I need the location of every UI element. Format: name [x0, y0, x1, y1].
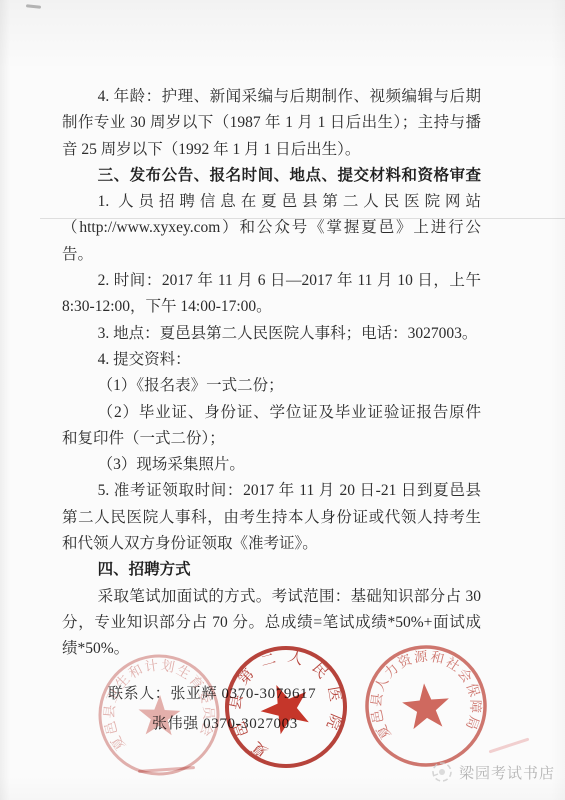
document-line: 5. 准考证领取时间：2017 年 11 月 20 日-21 日到夏邑县	[62, 478, 481, 504]
document-line: 8:30-12:00，下午 14:00-17:00。	[62, 294, 481, 320]
document-line: 4. 提交资料：	[62, 347, 481, 373]
watermark: 梁园考试书店	[430, 760, 555, 784]
document-line: 第二人民医院人事科，由考生持本人身份证或代领人持考生	[62, 505, 481, 531]
document-line: （http://www.xyxey.com）和公众号《掌握夏邑》上进行公	[62, 215, 481, 241]
document-line: 音 25 周岁以下（1992 年 1 月 1 日后出生）。	[62, 137, 481, 163]
scanned-document-page: 4. 年龄：护理、新闻采编与后期制作、视频编辑与后期 制作专业 30 周岁以下（…	[0, 0, 565, 800]
red-pen-mark	[489, 738, 530, 754]
document-section-heading: 三、发布公告、报名时间、地点、提交材料和资格审查	[62, 163, 481, 189]
document-line: 2. 时间：2017 年 11 月 6 日—2017 年 11 月 10 日，上…	[62, 268, 481, 294]
document-line: 制作专业 30 周岁以下（1987 年 1 月 1 日后出生）；主持与播	[62, 110, 481, 136]
document-line: 1. 人员招聘信息在夏邑县第二人民医院网站	[62, 189, 481, 215]
scan-speck	[26, 4, 41, 9]
document-line: （2）毕业证、身份证、学位证及毕业证验证报告原件	[62, 400, 481, 426]
document-line: 告。	[62, 242, 481, 268]
red-pen-mark	[138, 766, 195, 773]
document-line: 3. 地点：夏邑县第二人民医院人事科；电话：3027003。	[62, 321, 481, 347]
contact-line-1: 联系人：张亚辉 0370-3079617	[108, 682, 316, 703]
contact-line-2: 张伟强 0370-3027003	[152, 712, 298, 733]
document-line: （1）《报名表》一式二份；	[62, 373, 481, 399]
document-section-heading: 四、招聘方式	[62, 557, 481, 583]
document-line: 和复印件（一式二份）；	[62, 426, 481, 452]
bookstore-logo-icon	[430, 760, 454, 784]
document-line: 绩*50%。	[62, 636, 481, 662]
document-line: 采取笔试加面试的方式。考试范围：基础知识部分占 30	[62, 584, 481, 610]
document-line: 和代领人双方身份证领取《准考证》。	[62, 531, 481, 557]
document-line: （3）现场采集照片。	[62, 452, 481, 478]
document-line: 分，专业知识部分占 70 分。总成绩=笔试成绩*50%+面试成	[62, 610, 481, 636]
document-body: 4. 年龄：护理、新闻采编与后期制作、视频编辑与后期 制作专业 30 周岁以下（…	[62, 84, 481, 663]
star-icon	[401, 681, 452, 730]
watermark-label: 梁园考试书店	[459, 762, 555, 783]
document-line: 4. 年龄：护理、新闻采编与后期制作、视频编辑与后期	[62, 84, 481, 110]
